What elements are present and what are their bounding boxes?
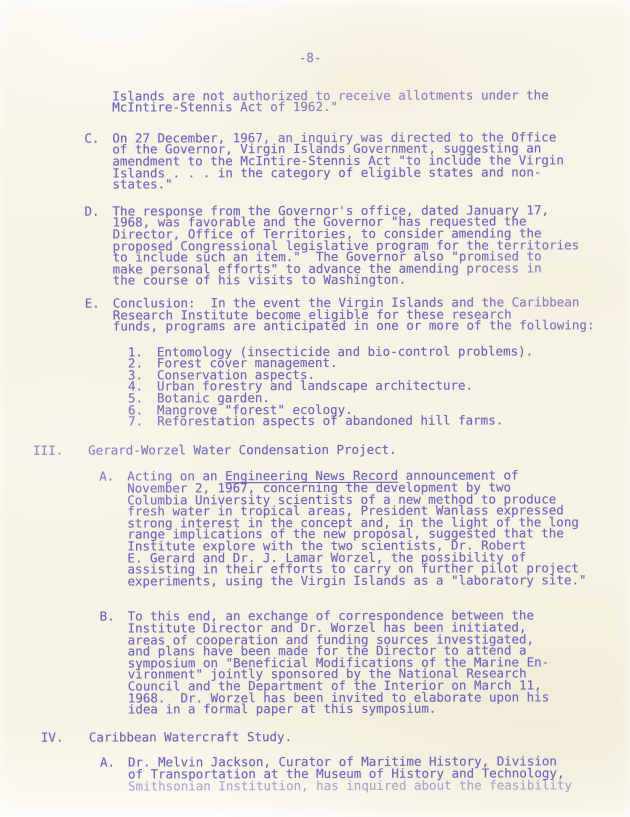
item-d: D. The response from the Governor's offi… [0, 204, 630, 287]
item-e-text: Conclusion: In the event the Virgin Isla… [113, 296, 630, 332]
section-iii-title: Gerard-Worzel Water Condensation Project… [88, 443, 630, 456]
item-e: E. Conclusion: In the event the Virgin I… [0, 296, 630, 332]
section-iii-item-a: A. Acting on an Engineering News Record … [0, 470, 630, 588]
section-iii-numeral: III. [33, 444, 88, 456]
item-c: C. On 27 December, 1967, an inquiry was … [0, 131, 629, 191]
item-a-text-after: announcement of November 2, 1967, concer… [127, 468, 586, 588]
item-e-label: E. [85, 297, 113, 309]
section-iv-title: Caribbean Watercraft Study. [89, 730, 630, 743]
item-c-text: On 27 December, 1967, an inquiry was dir… [112, 131, 629, 190]
section-iv-numeral: IV. [41, 731, 89, 743]
section-iii-item-b: B. To this end, an exchange of correspon… [1, 610, 630, 716]
section-iii-item-a-text: Acting on an Engineering News Record ann… [127, 470, 630, 587]
section-iv-heading: IV. Caribbean Watercraft Study. [1, 730, 630, 743]
item-d-text: The response from the Governor's office,… [113, 204, 630, 287]
section-iv-item-a-label: A. [100, 757, 128, 769]
page-number: -8- [0, 51, 629, 64]
section-iii-item-a-label: A. [99, 471, 127, 483]
list-item-number: 7. [128, 416, 157, 428]
continuation-paragraph: Islands are not authorized to receive al… [112, 89, 629, 114]
section-iii-heading: III. Gerard-Worzel Water Condensation Pr… [0, 443, 630, 456]
section-iv-item-a-text: Dr. Melvin Jackson, Curator of Maritime … [128, 755, 630, 791]
list-item: 7. Reforestation aspects of abandoned hi… [0, 414, 630, 427]
numbered-list: 1. Entomology (insecticide and bio-contr… [0, 345, 630, 428]
list-item-text: Reforestation aspects of abandoned hill … [157, 414, 630, 427]
item-c-label: C. [84, 132, 112, 144]
section-iii-item-b-label: B. [100, 611, 128, 623]
item-d-label: D. [85, 205, 113, 217]
section-iv-item-a: A. Dr. Melvin Jackson, Curator of Mariti… [1, 755, 630, 791]
page-content: -8- Islands are not authorized to receiv… [0, 0, 630, 792]
item-a-faded-line: Smithsonian Institution, has inquired ab… [128, 777, 572, 793]
section-iii-item-b-text: To this end, an exchange of corresponden… [128, 610, 630, 716]
scanned-document-page: -8- Islands are not authorized to receiv… [0, 0, 630, 817]
